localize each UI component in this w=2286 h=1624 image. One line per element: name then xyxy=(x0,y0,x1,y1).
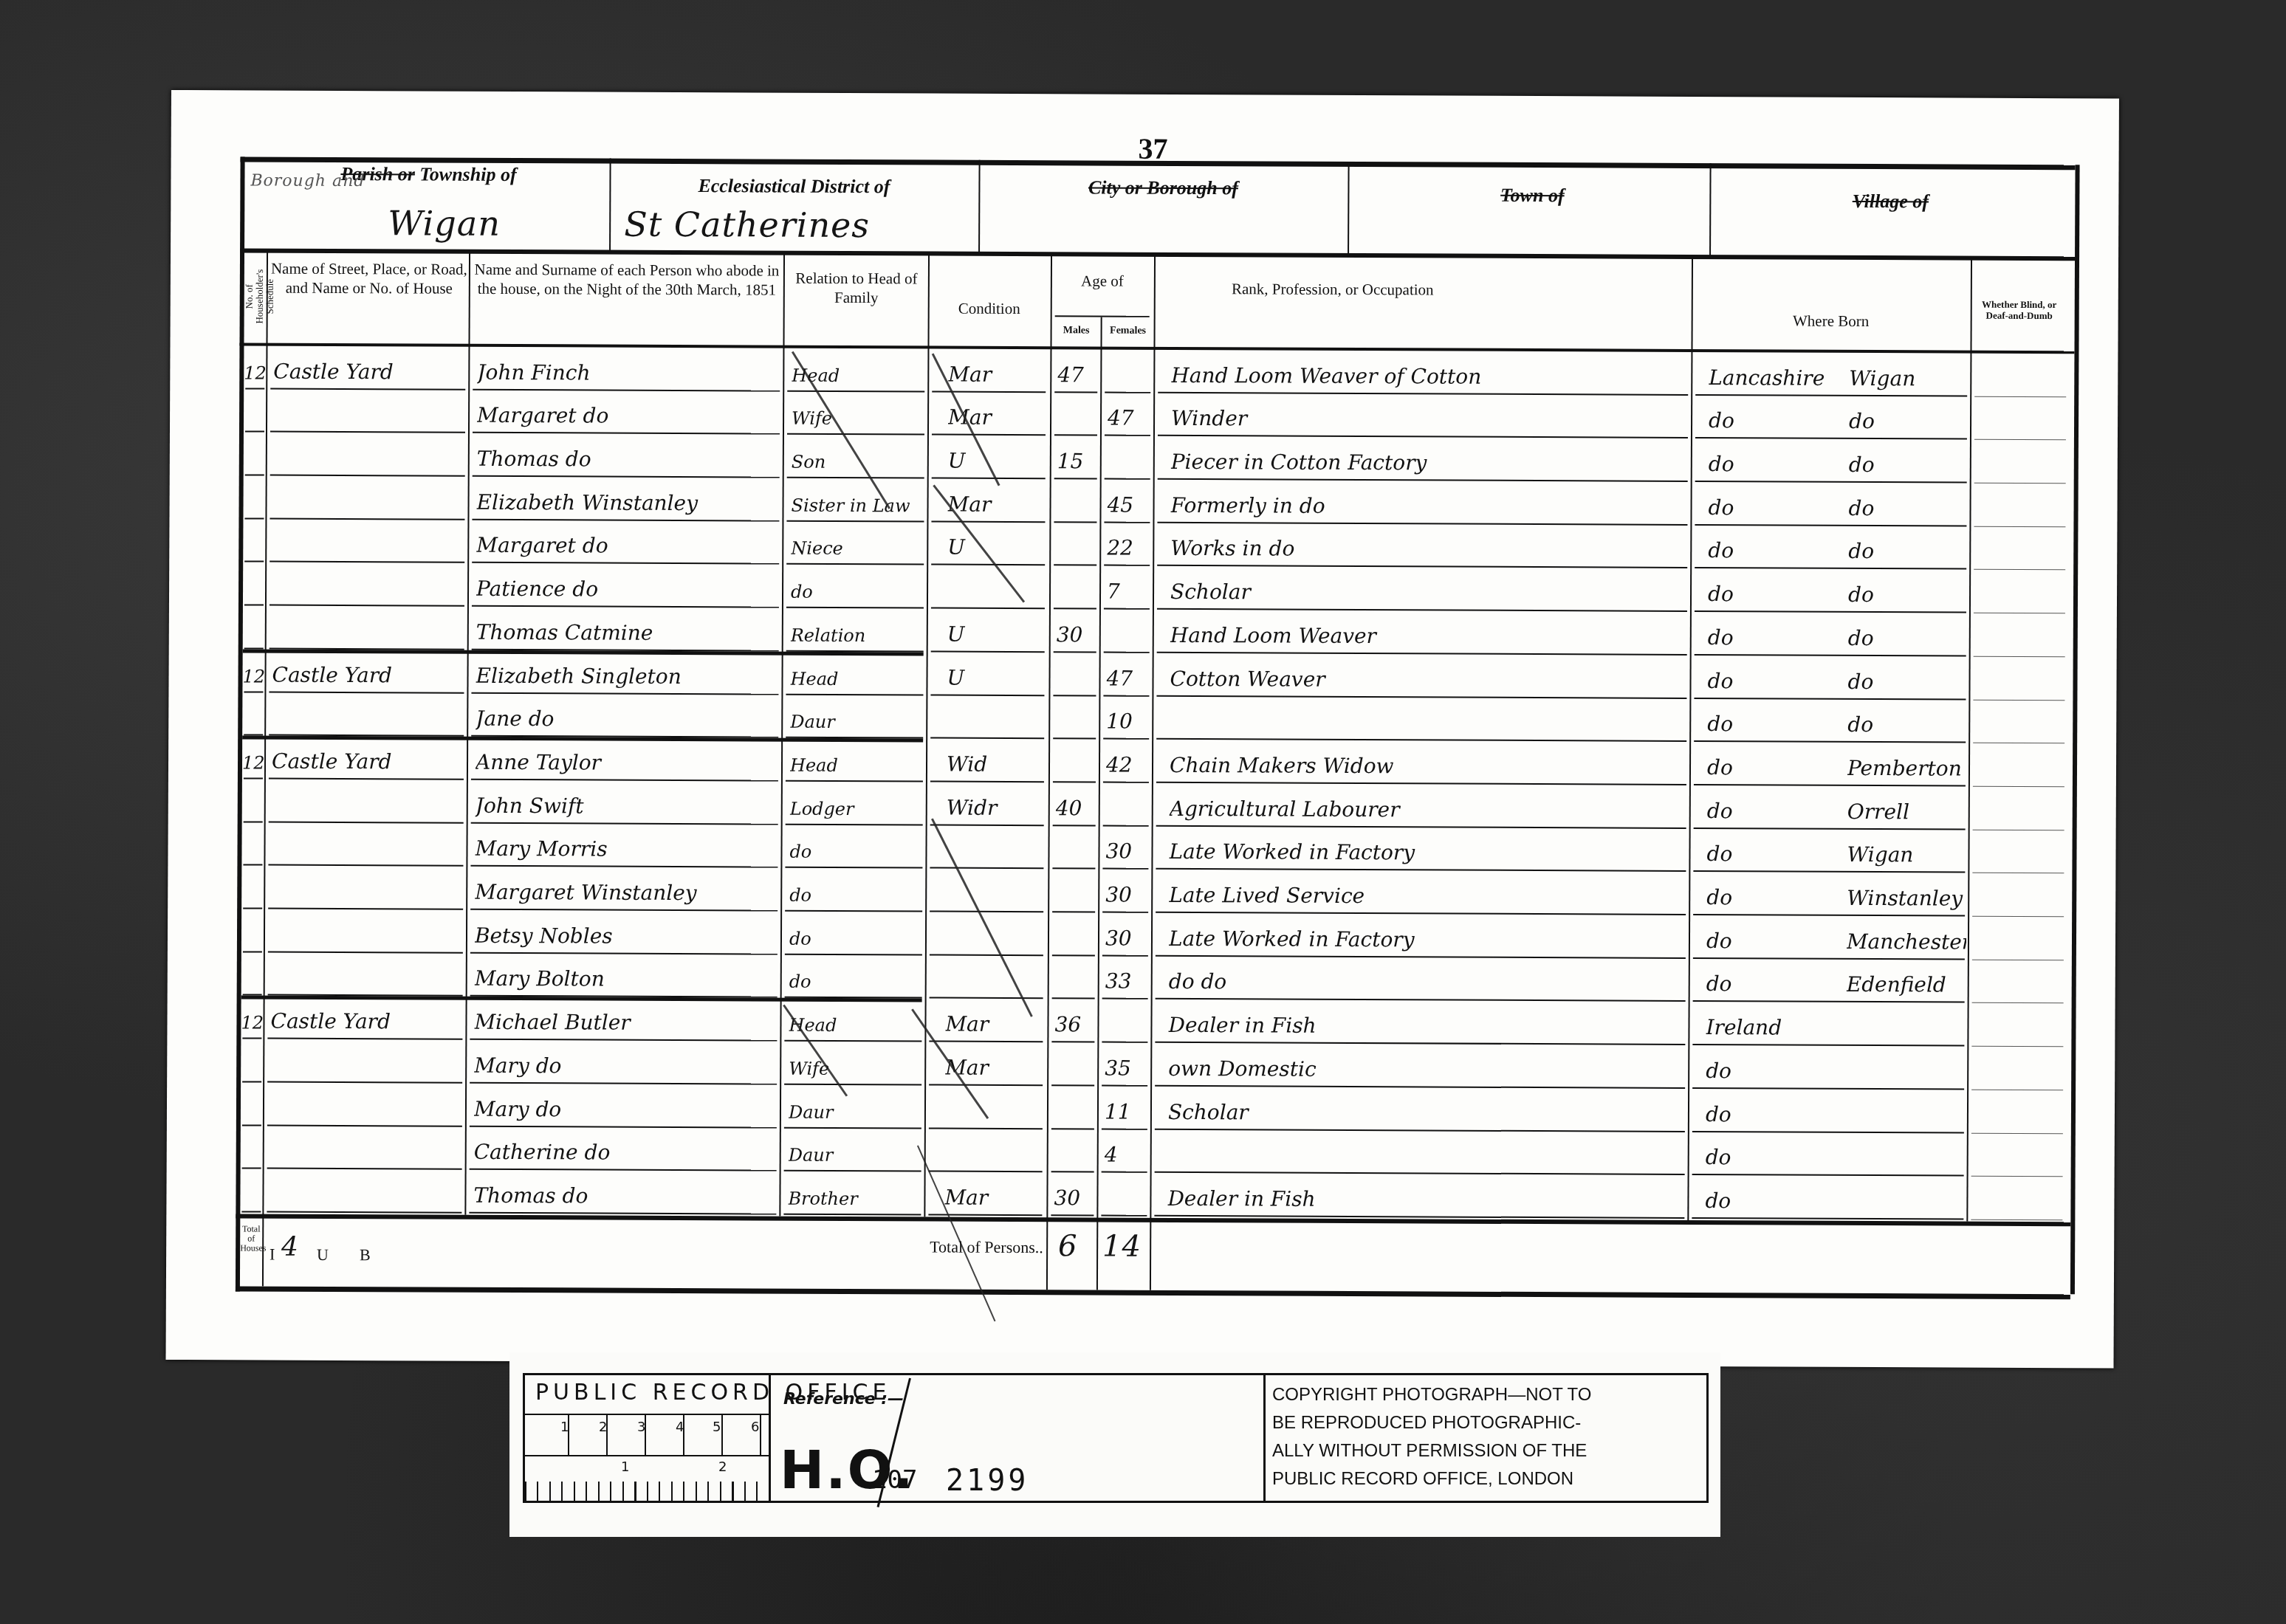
condition xyxy=(947,603,1043,604)
condition: Widr xyxy=(947,795,1043,820)
person-name: Catherine do xyxy=(474,1140,777,1166)
street-name xyxy=(272,816,464,817)
birthplace-county: do xyxy=(1709,452,1841,477)
schedule-number: 123 xyxy=(244,362,266,383)
birthplace-place: Pemberton xyxy=(1847,756,1967,781)
street-name xyxy=(272,730,464,731)
occupation: Cotton Weaver xyxy=(1170,666,1686,692)
stamp-separator xyxy=(769,1375,771,1501)
col-condition-header: Condition xyxy=(930,298,1048,318)
blind-deaf xyxy=(1975,997,2064,998)
relation: Wife xyxy=(789,1059,921,1080)
person-name: Mary Bolton xyxy=(475,966,778,992)
ecclesiastical-district-header: Ecclesiastical District of xyxy=(609,175,978,199)
female-age: 4 xyxy=(1105,1143,1149,1167)
street-name xyxy=(272,513,464,514)
birthplace-county: do xyxy=(1706,885,1839,910)
census-row: Margaret doNieceU22Works in dododo xyxy=(238,519,2073,571)
condition: U xyxy=(948,449,1044,474)
condition: Mar xyxy=(945,1012,1041,1037)
person-name: Anne Taylor xyxy=(476,750,778,776)
census-row: John SwiftLodgerWidr40Agricultural Labou… xyxy=(238,779,2073,830)
birthplace-place xyxy=(1846,1170,1966,1171)
female-age: 30 xyxy=(1105,926,1150,950)
census-row: Thomas doSonU15Piecer in Cotton Factoryd… xyxy=(239,433,2074,484)
blind-deaf xyxy=(1977,520,2065,521)
census-page: 37 Parish or Township of Borough and Wig… xyxy=(165,90,2118,1368)
col-relation-header: Relation to Head of Family xyxy=(786,269,927,308)
birthplace-place xyxy=(1846,1126,1966,1127)
birthplace-place xyxy=(1846,1040,1966,1041)
header-divider xyxy=(240,248,2075,261)
ruler-divider xyxy=(525,1455,769,1456)
ruler-mark: 5 xyxy=(713,1420,721,1435)
birthplace-place xyxy=(1846,1084,1966,1084)
census-row: Margaret doWifeMar47Winderdodo xyxy=(239,389,2074,441)
street-name xyxy=(271,946,463,947)
male-age: 47 xyxy=(1057,362,1099,387)
female-age: 30 xyxy=(1105,839,1150,864)
village-label: Village of xyxy=(1853,190,1929,212)
birthplace-county: do xyxy=(1707,669,1840,694)
town-header: Town of xyxy=(1348,184,1717,207)
birthplace-county: do xyxy=(1706,1102,1839,1127)
male-age: 30 xyxy=(1054,1186,1095,1210)
condition: U xyxy=(947,622,1043,647)
relation: do xyxy=(789,885,922,906)
census-row: Catherine doDaur4do xyxy=(236,1126,2071,1177)
birthplace-county: do xyxy=(1705,1188,1838,1214)
birthplace-county: do xyxy=(1706,929,1839,954)
relation: do xyxy=(789,928,922,949)
relation: Daur xyxy=(789,1145,921,1166)
birthplace-place: Wigan xyxy=(1849,366,1968,391)
occupation: own Domestic xyxy=(1168,1056,1685,1083)
occupation: Hand Loom Weaver of Cotton xyxy=(1171,363,1688,390)
birthplace-place xyxy=(1845,1214,1965,1214)
relation: Relation xyxy=(791,625,924,647)
condition xyxy=(945,1166,1041,1167)
male-age: 40 xyxy=(1056,796,1097,820)
age-subdivider xyxy=(1055,315,1150,317)
occupation: Chain Makers Widow xyxy=(1170,753,1686,780)
condition xyxy=(945,1123,1041,1124)
street-name xyxy=(271,860,463,861)
reference-piece: 107 xyxy=(872,1465,917,1495)
condition xyxy=(946,863,1042,864)
blind-deaf xyxy=(1975,911,2064,912)
occupation: Winder xyxy=(1171,406,1688,433)
blind-deaf xyxy=(1977,434,2066,435)
occupation xyxy=(1170,734,1686,736)
total-males: 6 xyxy=(1058,1229,1078,1263)
person-name: Thomas do xyxy=(473,1183,776,1209)
census-row: Margaret Winstanleydo30Late Lived Servic… xyxy=(237,866,2072,918)
birthplace-place: do xyxy=(1847,669,1967,694)
reference-label: Reference :— xyxy=(783,1390,904,1408)
person-name: Patience do xyxy=(476,577,779,602)
birthplace-county: Ireland xyxy=(1706,1015,1839,1040)
person-name: Michael Butler xyxy=(474,1010,777,1036)
female-age: 35 xyxy=(1105,1056,1149,1080)
col-name-header: Name and Surname of each Person who abod… xyxy=(472,260,782,300)
col-males-header: Males xyxy=(1052,321,1101,340)
person-name: Margaret do xyxy=(476,533,779,559)
street-name: Castle Yard xyxy=(272,662,464,687)
town-label: Town of xyxy=(1500,185,1565,206)
birthplace-place: do xyxy=(1848,496,1968,521)
occupation: Piecer in Cotton Factory xyxy=(1171,450,1688,476)
blind-deaf xyxy=(1974,1171,2063,1171)
relation: do xyxy=(789,971,922,993)
ecclesiastical-district-value: St Catherines xyxy=(624,204,870,245)
blind-deaf xyxy=(1977,478,2066,478)
col-schedule-header: No. of Householder's Schedule xyxy=(244,255,267,337)
ruler-tick xyxy=(721,1415,723,1455)
birthplace-county: do xyxy=(1707,712,1840,737)
occupation: Late Lived Service xyxy=(1169,883,1686,909)
census-row: 124Castle YardElizabeth SingletonHeadU47… xyxy=(238,649,2073,701)
copyright-notice: COPYRIGHT PHOTOGRAPH—NOT TO BE REPRODUCE… xyxy=(1272,1381,1700,1493)
schedule-number: 126 xyxy=(241,1013,263,1033)
schedule-number: 125 xyxy=(242,752,264,773)
birthplace-county: do xyxy=(1708,625,1841,650)
person-name: John Finch xyxy=(477,359,780,385)
city-borough-label: City or Borough of xyxy=(1088,176,1238,199)
birthplace-place: Winstanley xyxy=(1847,886,1966,911)
person-name: Jane do xyxy=(476,706,778,732)
condition: U xyxy=(947,665,1043,690)
copyright-line: COPYRIGHT PHOTOGRAPH—NOT TO xyxy=(1272,1381,1700,1409)
ruler-tick xyxy=(645,1415,646,1455)
street-name xyxy=(270,1120,462,1121)
blind-deaf xyxy=(1975,867,2064,868)
census-row: Patience dodo7Scholardodo xyxy=(238,562,2073,614)
birthplace-place: Wigan xyxy=(1847,842,1966,867)
birthplace-county: do xyxy=(1706,1145,1839,1170)
city-borough-header: City or Borough of xyxy=(978,176,1348,200)
occupation: Hand Loom Weaver xyxy=(1170,623,1687,650)
census-row: Mary Morrisdo30Late Worked in FactorydoW… xyxy=(237,822,2072,874)
col-where-born-header: Where Born xyxy=(1695,311,1968,331)
reference-folio: 2199 xyxy=(946,1464,1029,1498)
birthplace-county: do xyxy=(1709,408,1841,433)
blind-deaf xyxy=(1977,651,2065,652)
birthplace-place: do xyxy=(1848,539,1968,564)
uninhabited-label: U xyxy=(317,1245,329,1265)
blind-deaf xyxy=(1977,390,2066,391)
col-blind-header: Whether Blind, or Deaf-and-Dumb xyxy=(1975,299,2064,322)
person-name: Margaret do xyxy=(477,403,780,429)
person-name: Margaret Winstanley xyxy=(475,880,778,906)
total-females: 14 xyxy=(1102,1230,1142,1264)
blind-deaf xyxy=(1976,824,2064,825)
female-age: 42 xyxy=(1106,753,1150,777)
ruler-tick xyxy=(568,1415,569,1455)
stamp-separator xyxy=(1263,1375,1266,1501)
birthplace-place: Edenfield xyxy=(1847,972,1966,997)
stamp-frame: PUBLIC RECORD OFFICE 1 2 3 4 5 6 1 2 Ref… xyxy=(523,1373,1709,1503)
census-row: Betsy Noblesdo30Late Worked in Factorydo… xyxy=(237,909,2072,960)
blind-deaf xyxy=(1974,1214,2062,1215)
person-name: Mary do xyxy=(474,1053,777,1079)
census-row: 123Castle YardJohn FinchHeadMar47Hand Lo… xyxy=(239,345,2074,397)
person-name: Thomas Catmine xyxy=(476,620,779,646)
col-occupation-header: Rank, Profession, or Occupation xyxy=(1229,279,1436,299)
person-name: Elizabeth Winstanley xyxy=(476,490,779,516)
condition: U xyxy=(947,535,1043,560)
street-name: Castle Yard xyxy=(273,359,465,384)
copyright-line: PUBLIC RECORD OFFICE, LONDON xyxy=(1272,1465,1700,1493)
street-name xyxy=(271,990,463,991)
relation: Lodger xyxy=(790,798,923,819)
relation: do xyxy=(789,842,922,863)
parish-value: Wigan xyxy=(388,203,501,244)
birthplace-county: do xyxy=(1706,972,1839,997)
census-row: Thomas doBrotherMar30Dealer in Fishdo xyxy=(236,1169,2070,1221)
parish-prefix: Borough and xyxy=(250,171,365,190)
condition xyxy=(946,949,1042,950)
ruler-divider xyxy=(525,1414,769,1415)
street-name: Castle Yard xyxy=(270,1009,462,1034)
blind-deaf xyxy=(1976,694,2064,695)
building-label: B xyxy=(360,1245,371,1265)
relation: Brother xyxy=(788,1188,921,1210)
relation: Daur xyxy=(789,1101,921,1123)
blind-deaf xyxy=(1974,1127,2063,1128)
relation: Head xyxy=(790,755,923,777)
street-name xyxy=(271,904,463,904)
header-separator xyxy=(609,159,611,252)
street-name xyxy=(273,470,465,471)
female-age: 7 xyxy=(1107,579,1151,604)
census-row: Thomas CatmineRelationU30Hand Loom Weave… xyxy=(238,606,2073,658)
relation: Daur xyxy=(790,712,923,733)
relation: Head xyxy=(789,1015,921,1036)
relation: Sister in Law xyxy=(791,495,924,516)
ruler-tick xyxy=(760,1415,761,1455)
birthplace-county: do xyxy=(1706,1059,1839,1084)
female-age: 47 xyxy=(1106,666,1150,690)
street-name: Castle Yard xyxy=(272,749,464,774)
birthplace-place: do xyxy=(1849,409,1968,434)
street-name xyxy=(273,427,465,427)
township-label: Township of xyxy=(419,163,516,185)
blind-deaf xyxy=(1974,1041,2063,1042)
birthplace-place: do xyxy=(1848,582,1968,608)
person-name: Betsy Nobles xyxy=(475,923,778,949)
village-header: Village of xyxy=(1709,190,2071,213)
female-age: 30 xyxy=(1105,883,1150,907)
census-row: 126Castle YardMichael ButlerHeadMar36Dea… xyxy=(236,996,2071,1047)
blind-deaf xyxy=(1976,781,2064,782)
copyright-line: BE REPRODUCED PHOTOGRAPHIC- xyxy=(1272,1409,1700,1437)
person-name: Mary Morris xyxy=(475,836,778,862)
condition xyxy=(946,906,1042,907)
person-name: Mary do xyxy=(474,1096,777,1122)
female-age: 22 xyxy=(1107,536,1151,560)
blind-deaf xyxy=(1974,1084,2063,1085)
occupation xyxy=(1168,1167,1685,1169)
blind-deaf xyxy=(1977,564,2065,565)
relation: Head xyxy=(790,668,923,689)
birthplace-county: do xyxy=(1708,495,1841,520)
occupation: Formerly in do xyxy=(1170,493,1687,520)
occupation: Scholar xyxy=(1170,579,1687,606)
total-houses-label: Total of Houses xyxy=(240,1224,262,1253)
header-separator xyxy=(978,160,981,253)
birthplace-place: Orrell xyxy=(1847,799,1967,825)
total-persons-label: Total of Persons.. xyxy=(930,1237,1043,1257)
condition: Mar xyxy=(948,405,1044,430)
condition: Mar xyxy=(944,1186,1040,1211)
street-name xyxy=(272,600,464,601)
birthplace-place: Manchester xyxy=(1847,929,1966,954)
schedule-number: 124 xyxy=(242,666,264,687)
condition: Mar xyxy=(947,492,1043,517)
inhabited-value: 4 xyxy=(281,1232,299,1262)
census-row: Mary doWifeMar35own Domesticdo xyxy=(236,1039,2071,1091)
street-name xyxy=(270,1076,462,1077)
ruler-tick xyxy=(606,1415,608,1455)
col-street-header: Name of Street, Place, or Road, and Name… xyxy=(270,259,469,298)
condition xyxy=(947,733,1043,734)
birthplace-county: do xyxy=(1708,539,1841,564)
street-name xyxy=(272,643,464,644)
female-age: 47 xyxy=(1108,406,1152,430)
person-name: Thomas do xyxy=(477,447,780,472)
census-row: Elizabeth WinstanleySister in LawMar45Fo… xyxy=(238,475,2073,527)
occupation: do do xyxy=(1169,969,1686,996)
occupation: Dealer in Fish xyxy=(1167,1186,1684,1213)
condition: Wid xyxy=(947,752,1043,777)
street-name xyxy=(270,1163,462,1164)
street-name xyxy=(272,557,464,557)
birthplace-county: do xyxy=(1707,799,1840,824)
male-age: 36 xyxy=(1054,1012,1096,1036)
col-age-header: Age of xyxy=(1052,271,1153,291)
birthplace-place: do xyxy=(1849,453,1968,478)
occupation: Late Worked in Factory xyxy=(1169,839,1686,866)
header-separator xyxy=(1348,162,1350,255)
person-name: John Swift xyxy=(476,793,778,819)
copyright-line: ALLY WITHOUT PERMISSION OF THE xyxy=(1272,1437,1700,1465)
occupation: Late Worked in Factory xyxy=(1169,926,1686,953)
blind-deaf xyxy=(1975,954,2064,954)
birthplace-county: do xyxy=(1707,755,1840,780)
ruler-mark: 6 xyxy=(751,1420,759,1435)
relation: Wife xyxy=(792,408,924,430)
census-form-grid: Parish or Township of Borough and Wigan … xyxy=(236,156,2080,1294)
relation: do xyxy=(791,582,924,603)
condition xyxy=(946,993,1042,994)
condition: Mar xyxy=(948,362,1044,387)
birthplace-county: Lancashire xyxy=(1709,365,1841,390)
male-age: 15 xyxy=(1057,449,1099,473)
public-record-office-stamp: PUBLIC RECORD OFFICE 1 2 3 4 5 6 1 2 Ref… xyxy=(509,1352,1720,1537)
relation: Niece xyxy=(791,538,924,560)
female-age: 45 xyxy=(1107,492,1151,517)
birthplace-place: do xyxy=(1847,712,1967,737)
person-name: Elizabeth Singleton xyxy=(476,663,778,689)
birthplace-county: do xyxy=(1708,582,1841,607)
col-females-header: Females xyxy=(1104,322,1153,341)
ruler-tick xyxy=(683,1415,684,1455)
occupation: Scholar xyxy=(1168,1099,1685,1126)
female-age: 33 xyxy=(1105,969,1150,994)
male-age: 30 xyxy=(1057,622,1098,647)
occupation: Dealer in Fish xyxy=(1168,1013,1685,1039)
birthplace-place: do xyxy=(1848,626,1968,651)
inhabited-label: I xyxy=(270,1245,275,1265)
female-age: 10 xyxy=(1106,709,1150,734)
blind-deaf xyxy=(1977,608,2065,608)
blind-deaf xyxy=(1976,737,2064,738)
ruler-minor-ticks xyxy=(525,1458,769,1501)
occupation: Agricultural Labourer xyxy=(1170,796,1686,823)
census-row: 125Castle YardAnne TaylorHeadWid42Chain … xyxy=(238,736,2073,788)
occupation: Works in do xyxy=(1170,536,1687,562)
bottom-border xyxy=(236,1286,2070,1299)
street-name xyxy=(270,1207,461,1208)
female-age: 11 xyxy=(1105,1099,1149,1124)
birthplace-county: do xyxy=(1706,842,1839,867)
census-row: Mary doDaur11Scholardo xyxy=(236,1082,2071,1134)
